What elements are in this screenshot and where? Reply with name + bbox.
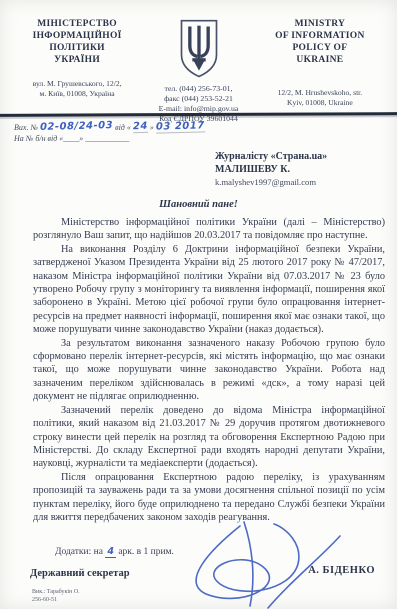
outgoing-ref-label: Вих. № <box>14 123 38 132</box>
org-address-ua-line: м. Київ, 01008, Україна <box>10 89 144 99</box>
outgoing-ref-close: » <box>150 123 154 132</box>
body-paragraph: На виконання Розділу 6 Доктрини інформац… <box>33 243 385 337</box>
fax-line: факс (044) 253-52-21 <box>144 94 253 104</box>
salutation: Шановний пане! <box>0 199 397 210</box>
recipient-role: Журналісту «Страна.ua» <box>215 150 327 163</box>
attachments-prefix: Додатки: на <box>55 547 103 557</box>
executor-name: Вик.: Тарабукін О. <box>32 589 80 597</box>
body-paragraph: Після опрацювання Експертною радою перел… <box>33 471 385 525</box>
ukraine-trident-coat-of-arms-icon <box>174 18 224 80</box>
org-address-en-line: 12/2, M. Hrushevskoho, str. <box>253 88 387 98</box>
reference-block: Вих. № 02-08/24-03 від « 24 » 03 2017 На… <box>14 122 205 146</box>
org-name-ua-line: МІНІСТЕРСТВО <box>10 18 144 30</box>
executor-phone: 256-60-51 <box>32 597 80 605</box>
signatory-title: Державний секретар <box>30 568 130 579</box>
org-name-en-line: UKRAINE <box>253 54 387 66</box>
signatory-name: А. БІДЕНКО <box>308 565 375 576</box>
recipient-block: Журналісту «Страна.ua» МАЛИШЕВУ К. k.mal… <box>215 150 327 189</box>
letter-body: Міністерство інформаційної політики Укра… <box>33 216 385 524</box>
attachments-count-handwritten: 4 <box>105 546 116 558</box>
org-name-en: MINISTRY OF INFORMATION POLICY OF UKRAIN… <box>253 18 387 66</box>
incoming-ref-line: На № б/н від «____» ___________ <box>14 134 205 146</box>
body-paragraph: Міністерство інформаційної політики Укра… <box>33 216 385 243</box>
body-paragraph: Зазначений перелік доведено до відома Мі… <box>33 404 385 471</box>
executor-note: Вик.: Тарабукін О. 256-60-51 <box>32 589 80 604</box>
org-address-en-line: Kyiv, 01008, Ukraine <box>253 98 387 108</box>
letterhead: МІНІСТЕРСТВО ІНФОРМАЦІЙНОЇ ПОЛІТИКИ УКРА… <box>0 18 397 124</box>
attachments-line: Додатки: на 4 арк. в 1 прим. <box>55 546 174 557</box>
org-address-ua: вул. М. Грушевського, 12/2, м. Київ, 010… <box>10 79 144 98</box>
org-name-ua-line: УКРАЇНИ <box>10 54 144 66</box>
org-name-en-line: MINISTRY <box>253 18 387 30</box>
outgoing-ref-mid: від « <box>115 123 131 132</box>
scanned-letter-page: МІНІСТЕРСТВО ІНФОРМАЦІЙНОЇ ПОЛІТИКИ УКРА… <box>0 0 397 609</box>
recipient-email: k.malyshev1997@gmail.com <box>215 176 327 189</box>
attachments-suffix: арк. в 1 прим. <box>118 547 174 557</box>
org-address-ua-line: вул. М. Грушевського, 12/2, <box>10 79 144 89</box>
org-address-en: 12/2, M. Hrushevskoho, str. Kyiv, 01008,… <box>253 88 387 107</box>
recipient-name: МАЛИШЕВУ К. <box>215 163 327 176</box>
outgoing-ref-day-handwritten: 24 <box>133 121 148 133</box>
org-name-en-line: POLICY OF <box>253 42 387 54</box>
body-paragraph: За результатом виконання зазначеного нак… <box>33 337 385 404</box>
phone-line: тел. (044) 256-73-01, <box>144 84 253 94</box>
outgoing-ref-date-handwritten: 03 2017 <box>156 120 205 133</box>
org-block-en: MINISTRY OF INFORMATION POLICY OF UKRAIN… <box>253 18 387 107</box>
org-name-ua-line: ІНФОРМАЦІЙНОЇ <box>10 30 144 42</box>
letterhead-center: тел. (044) 256-73-01, факс (044) 253-52-… <box>144 18 253 124</box>
org-name-ua-line: ПОЛІТИКИ <box>10 42 144 54</box>
org-name-ua: МІНІСТЕРСТВО ІНФОРМАЦІЙНОЇ ПОЛІТИКИ УКРА… <box>10 18 144 66</box>
org-name-en-line: OF INFORMATION <box>253 30 387 42</box>
outgoing-ref-line: Вих. № 02-08/24-03 від « 24 » 03 2017 <box>14 122 205 134</box>
outgoing-ref-number-handwritten: 02-08/24-03 <box>40 120 113 133</box>
org-block-ua: МІНІСТЕРСТВО ІНФОРМАЦІЙНОЇ ПОЛІТИКИ УКРА… <box>10 18 144 98</box>
contact-block: тел. (044) 256-73-01, факс (044) 253-52-… <box>144 84 253 124</box>
